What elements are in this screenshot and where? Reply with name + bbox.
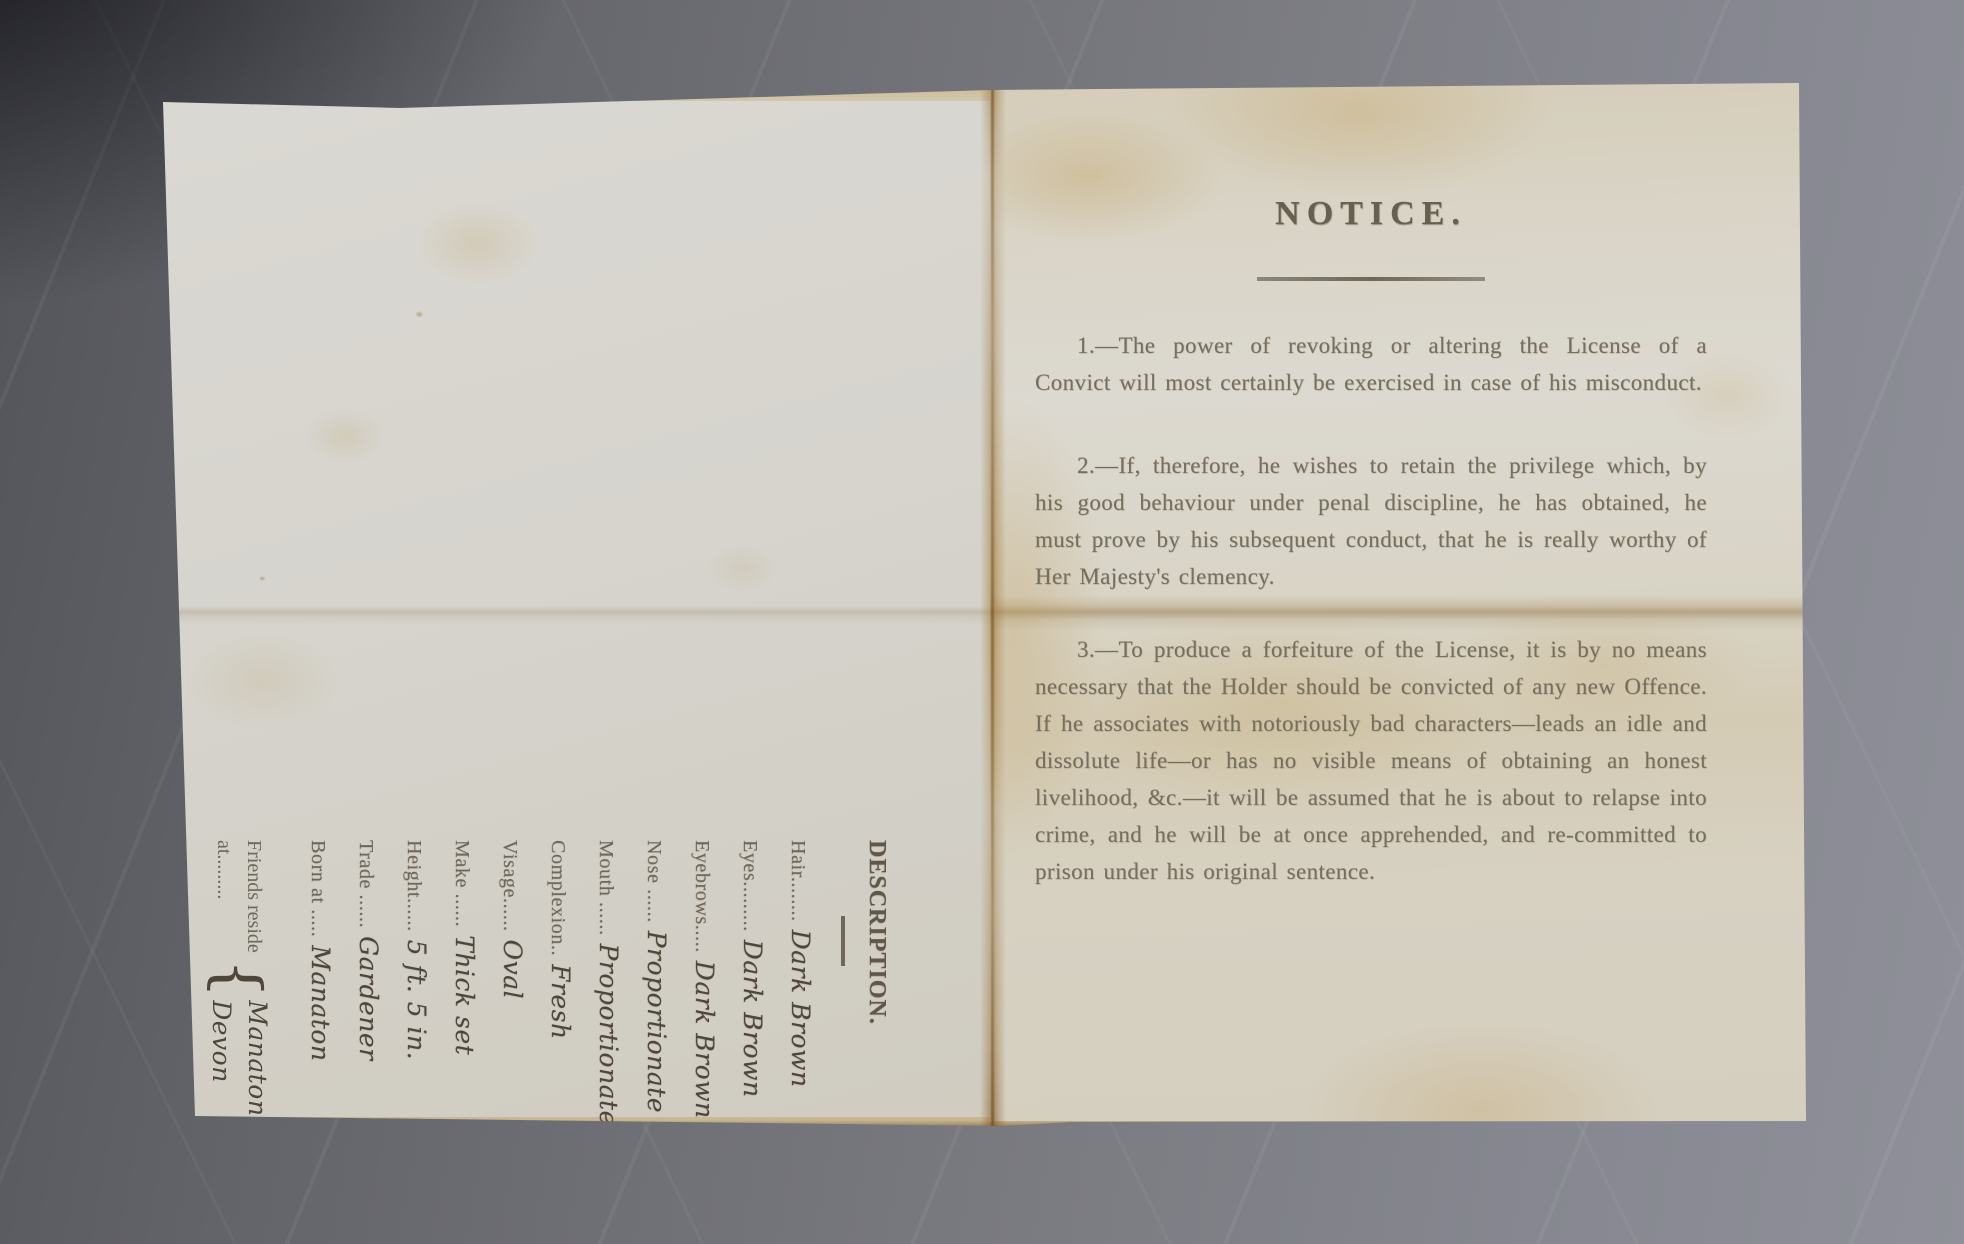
field-row-make: Make ......Thick set bbox=[431, 840, 479, 1190]
description-heading: DESCRIPTION. bbox=[863, 840, 890, 1190]
field-label: Make ...... bbox=[451, 840, 473, 927]
friends-reside-values: Manaton Devon bbox=[203, 1000, 275, 1116]
field-row-mouth: Mouth ......Proportionate bbox=[575, 840, 623, 1190]
field-row-visage: Visage......Oval bbox=[479, 840, 527, 1190]
description-heading-rule bbox=[841, 916, 845, 966]
field-value-handwritten: Dark Brown bbox=[690, 961, 719, 1119]
notice-heading: NOTICE. bbox=[1035, 195, 1707, 233]
field-value-handwritten: Dark Brown bbox=[738, 940, 767, 1098]
friends-reside-label-line2: at......... bbox=[213, 840, 235, 899]
notice-text-block: NOTICE. 1.—The power of revoking or alte… bbox=[1035, 83, 1707, 890]
field-label: Born at ..... bbox=[307, 840, 329, 937]
friends-reside-value-line1: Manaton bbox=[239, 1000, 275, 1116]
notice-section: NOTICE. 1.—The power of revoking or alte… bbox=[990, 83, 1808, 1121]
friends-reside-value-line2: Devon bbox=[203, 1000, 239, 1116]
field-row-trade: Trade ......Gardener bbox=[335, 840, 383, 1190]
field-value-handwritten: Proportionate bbox=[642, 931, 671, 1113]
field-label: Height...... bbox=[403, 840, 425, 932]
field-label: Complexion.. bbox=[547, 840, 569, 956]
field-label: Hair........ bbox=[787, 840, 809, 922]
field-row-nose: Nose ......Proportionate bbox=[623, 840, 671, 1190]
field-value-handwritten: Oval bbox=[498, 940, 527, 1000]
notice-paragraph-2: 2.—If, therefore, he wishes to retain th… bbox=[1035, 447, 1707, 595]
friends-reside-labels: Friends reside at......... bbox=[209, 840, 269, 953]
notice-heading-rule bbox=[1257, 277, 1485, 281]
field-label: Trade ...... bbox=[355, 840, 377, 928]
field-label: Eyebrows..... bbox=[691, 840, 713, 953]
field-row-born-at: Born at .....Manaton bbox=[287, 840, 335, 1190]
field-value-handwritten: Fresh bbox=[546, 964, 575, 1040]
field-value-handwritten: Dark Brown bbox=[786, 930, 815, 1088]
field-row-height: Height......5 ft. 5 in. bbox=[383, 840, 431, 1190]
field-row-hair: Hair........Dark Brown bbox=[767, 840, 815, 1190]
field-value-handwritten: Thick set bbox=[450, 935, 479, 1055]
field-label: Visage...... bbox=[499, 840, 521, 932]
photograph-background: NOTICE. 1.—The power of revoking or alte… bbox=[0, 0, 1964, 1244]
field-label: Nose ...... bbox=[643, 840, 665, 923]
field-value-handwritten: Gardener bbox=[354, 936, 383, 1060]
field-label: Mouth ...... bbox=[595, 840, 617, 936]
field-row-eyes: Eyes.........Dark Brown bbox=[719, 840, 767, 1190]
description-section-rotated: DESCRIPTION. Hair........Dark Brown Eyes… bbox=[188, 840, 890, 1190]
field-row-friends-reside: Friends reside at......... { Manaton Dev… bbox=[191, 840, 287, 1190]
friends-reside-label-line1: Friends reside bbox=[243, 840, 265, 953]
field-label: Eyes......... bbox=[739, 840, 761, 932]
field-value-handwritten: Manaton bbox=[306, 945, 335, 1061]
field-value-handwritten: Proportionate bbox=[594, 944, 623, 1126]
handwritten-brace: { bbox=[203, 959, 276, 998]
description-fields: Hair........Dark Brown Eyes.........Dark… bbox=[191, 840, 815, 1190]
field-row-eyebrows: Eyebrows.....Dark Brown bbox=[671, 840, 719, 1190]
field-row-complexion: Complexion..Fresh bbox=[527, 840, 575, 1190]
field-value-handwritten: 5 ft. 5 in. bbox=[402, 940, 431, 1060]
notice-paragraph-3: 3.—To produce a forfeiture of the Licens… bbox=[1035, 631, 1707, 890]
folded-licence-document: NOTICE. 1.—The power of revoking or alte… bbox=[140, 75, 1808, 1127]
notice-paragraph-1: 1.—The power of revoking or altering the… bbox=[1035, 327, 1707, 401]
